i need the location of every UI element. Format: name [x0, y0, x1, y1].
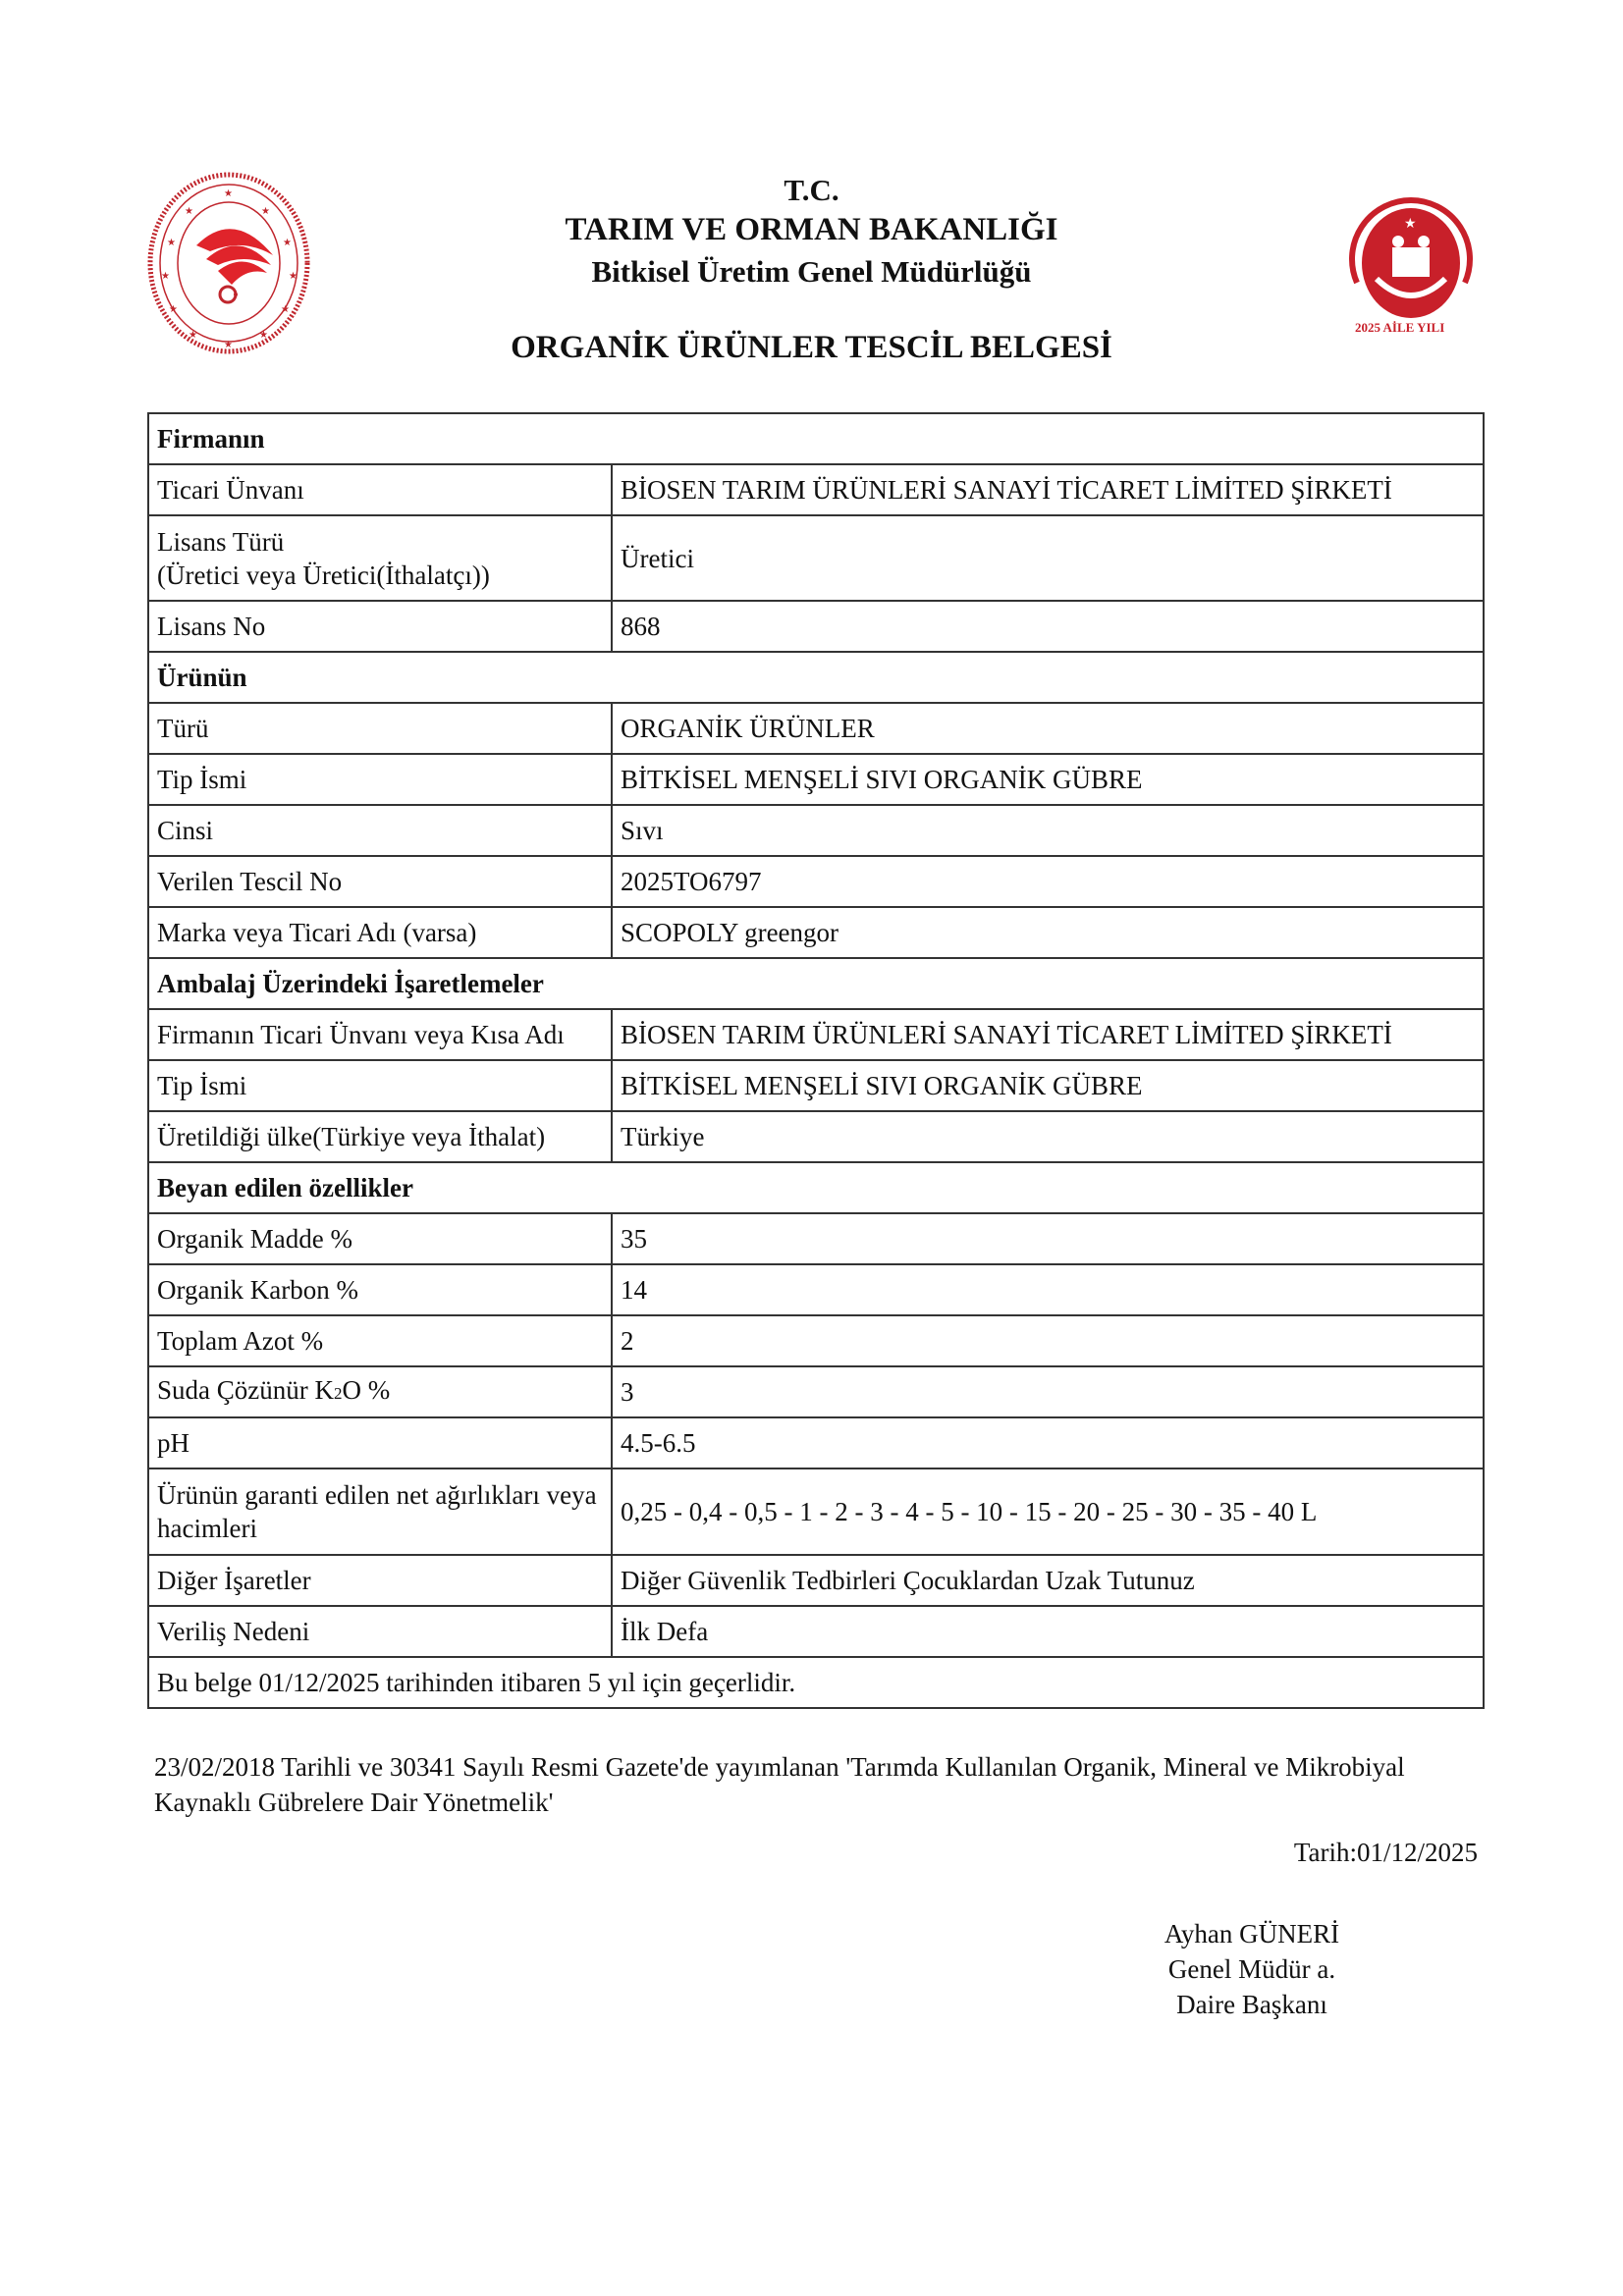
row-label: Verilen Tescil No: [148, 856, 612, 907]
table-row: Verilen Tescil No 2025TO6797: [148, 856, 1484, 907]
section-heading: Ürünün: [148, 652, 1484, 703]
table-row: Toplam Azot % 2: [148, 1315, 1484, 1366]
row-label: Cinsi: [148, 805, 612, 856]
row-value: İlk Defa: [612, 1606, 1484, 1657]
row-label: Türü: [148, 703, 612, 754]
row-label: Ürünün garanti edilen net ağırlıkları ve…: [148, 1468, 612, 1555]
row-label: Veriliş Nedeni: [148, 1606, 612, 1657]
table-row: Ticari Ünvanı BİOSEN TARIM ÜRÜNLERİ SANA…: [148, 464, 1484, 515]
row-value: 35: [612, 1213, 1484, 1264]
svg-text:★: ★: [169, 304, 178, 315]
signature-block: Ayhan GÜNERİ Genel Müdür a. Daire Başkan…: [1129, 1916, 1375, 2022]
section-heading: Firmanın: [148, 413, 1484, 464]
row-label: Tip İsmi: [148, 754, 612, 805]
table-row: Lisans No 868: [148, 601, 1484, 652]
row-label: pH: [148, 1417, 612, 1468]
row-value: Üretici: [612, 515, 1484, 601]
section-heading: Beyan edilen özellikler: [148, 1162, 1484, 1213]
row-label: Firmanın Ticari Ünvanı veya Kısa Adı: [148, 1009, 612, 1060]
table-row: Ürünün garanti edilen net ağırlıkları ve…: [148, 1468, 1484, 1555]
row-value: SCOPOLY greengor: [612, 907, 1484, 958]
table-row: pH 4.5-6.5: [148, 1417, 1484, 1468]
row-label-line1: Lisans Türü: [157, 525, 603, 559]
signatory-title-1: Genel Müdür a.: [1129, 1951, 1375, 1987]
issue-date: Tarih:01/12/2025: [1294, 1838, 1478, 1868]
legal-line-1: 23/02/2018 Tarihli ve 30341 Sayılı Resmi…: [154, 1749, 1450, 1785]
row-label: Toplam Azot %: [148, 1315, 612, 1366]
table-row: Diğer İşaretler Diğer Güvenlik Tedbirler…: [148, 1555, 1484, 1606]
directorate-name: Bitkisel Üretim Genel Müdürlüğü: [0, 254, 1623, 290]
section-heading: Ambalaj Üzerindeki İşaretlemeler: [148, 958, 1484, 1009]
section-properties: Beyan edilen özellikler: [148, 1162, 1484, 1213]
row-label: Organik Madde %: [148, 1213, 612, 1264]
row-value: BİOSEN TARIM ÜRÜNLERİ SANAYİ TİCARET LİM…: [612, 464, 1484, 515]
validity-row: Bu belge 01/12/2025 tarihinden itibaren …: [148, 1657, 1484, 1708]
row-label-line2: hacimleri: [157, 1512, 603, 1545]
row-value: 2: [612, 1315, 1484, 1366]
ministry-name: TARIM VE ORMAN BAKANLIĞI: [0, 212, 1623, 248]
header-tc: T.C.: [0, 173, 1623, 208]
label-text: Suda Çözünür K: [157, 1375, 334, 1405]
svg-text:★: ★: [281, 304, 290, 315]
row-label: Lisans No: [148, 601, 612, 652]
row-value: Türkiye: [612, 1111, 1484, 1162]
validity-text: Bu belge 01/12/2025 tarihinden itibaren …: [148, 1657, 1484, 1708]
section-product: Ürünün: [148, 652, 1484, 703]
table-row: Organik Karbon % 14: [148, 1264, 1484, 1315]
row-label: Suda Çözünür K2O %: [148, 1366, 612, 1417]
legal-reference: 23/02/2018 Tarihli ve 30341 Sayılı Resmi…: [154, 1749, 1450, 1820]
row-value: BİOSEN TARIM ÜRÜNLERİ SANAYİ TİCARET LİM…: [612, 1009, 1484, 1060]
row-label-line1: Ürünün garanti edilen net ağırlıkları ve…: [157, 1478, 603, 1512]
row-value: 868: [612, 601, 1484, 652]
label-text: O %: [342, 1375, 390, 1405]
row-value: 2025TO6797: [612, 856, 1484, 907]
row-label: Organik Karbon %: [148, 1264, 612, 1315]
table-row: Suda Çözünür K2O % 3: [148, 1366, 1484, 1417]
document-title: ORGANİK ÜRÜNLER TESCİL BELGESİ: [0, 330, 1623, 366]
row-label: Marka veya Ticari Adı (varsa): [148, 907, 612, 958]
row-label: Tip İsmi: [148, 1060, 612, 1111]
row-label: Diğer İşaretler: [148, 1555, 612, 1606]
signatory-name: Ayhan GÜNERİ: [1129, 1916, 1375, 1951]
table-row: Tip İsmi BİTKİSEL MENŞELİ SIVI ORGANİK G…: [148, 1060, 1484, 1111]
table-row: Marka veya Ticari Adı (varsa) SCOPOLY gr…: [148, 907, 1484, 958]
table-row: Organik Madde % 35: [148, 1213, 1484, 1264]
row-value: 0,25 - 0,4 - 0,5 - 1 - 2 - 3 - 4 - 5 - 1…: [612, 1468, 1484, 1555]
row-value: 14: [612, 1264, 1484, 1315]
section-packaging: Ambalaj Üzerindeki İşaretlemeler: [148, 958, 1484, 1009]
table-row: Tip İsmi BİTKİSEL MENŞELİ SIVI ORGANİK G…: [148, 754, 1484, 805]
row-value: BİTKİSEL MENŞELİ SIVI ORGANİK GÜBRE: [612, 1060, 1484, 1111]
table-row: Veriliş Nedeni İlk Defa: [148, 1606, 1484, 1657]
table-row: Cinsi Sıvı: [148, 805, 1484, 856]
row-value: 3: [612, 1366, 1484, 1417]
row-label-line2: (Üretici veya Üretici(İthalatçı)): [157, 559, 603, 592]
table-row: Lisans Türü (Üretici veya Üretici(İthala…: [148, 515, 1484, 601]
row-value: BİTKİSEL MENŞELİ SIVI ORGANİK GÜBRE: [612, 754, 1484, 805]
signatory-title-2: Daire Başkanı: [1129, 1987, 1375, 2022]
section-firm: Firmanın: [148, 413, 1484, 464]
row-label: Ticari Ünvanı: [148, 464, 612, 515]
row-value: 4.5-6.5: [612, 1417, 1484, 1468]
row-label: Lisans Türü (Üretici veya Üretici(İthala…: [148, 515, 612, 601]
row-value: Sıvı: [612, 805, 1484, 856]
certificate-table: Firmanın Ticari Ünvanı BİOSEN TARIM ÜRÜN…: [147, 412, 1485, 1709]
row-label: Üretildiği ülke(Türkiye veya İthalat): [148, 1111, 612, 1162]
table-row: Türü ORGANİK ÜRÜNLER: [148, 703, 1484, 754]
table-row: Üretildiği ülke(Türkiye veya İthalat) Tü…: [148, 1111, 1484, 1162]
table-row: Firmanın Ticari Ünvanı veya Kısa Adı BİO…: [148, 1009, 1484, 1060]
row-value: ORGANİK ÜRÜNLER: [612, 703, 1484, 754]
legal-line-2: Kaynaklı Gübrelere Dair Yönetmelik': [154, 1785, 1450, 1820]
row-value: Diğer Güvenlik Tedbirleri Çocuklardan Uz…: [612, 1555, 1484, 1606]
